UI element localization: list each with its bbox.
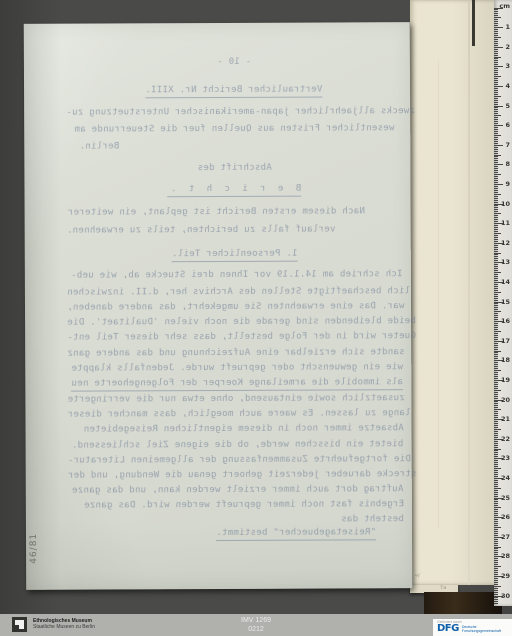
- ruler-tick: [494, 53, 498, 54]
- ruler-tick: [494, 123, 498, 124]
- ruler-tick: [494, 68, 498, 69]
- ruler-tick: [494, 70, 498, 71]
- ruler-tick: [494, 296, 498, 297]
- next-page-edge: [410, 0, 498, 585]
- ruler-tick: [494, 490, 498, 491]
- bleed-text-line: Nach diesem ersten Bericht ist geplant, …: [67, 206, 403, 218]
- ruler-tick: [494, 29, 498, 30]
- bleed-text-line: sandte sich erzielbar eine Aufzeichnung …: [67, 347, 403, 359]
- ruler-tick: [494, 198, 498, 199]
- ruler-tick: [494, 172, 498, 173]
- ruler-tick: [494, 78, 498, 79]
- ruler-number: 1: [505, 23, 510, 31]
- dfg-funding-box: Gefördert durch DFG Deutsche Forschungsg…: [433, 619, 512, 636]
- ruler-tick: [494, 294, 498, 295]
- ruler-tick: [494, 66, 503, 67]
- ruler-tick: [494, 147, 498, 148]
- ruler-tick: [494, 174, 501, 175]
- ruler-tick: [494, 343, 498, 344]
- ruler-tick: [494, 560, 498, 561]
- ruler-unit-label: cm: [499, 2, 510, 10]
- ruler-tick: [494, 480, 498, 481]
- ruler-tick: [494, 374, 498, 375]
- ruler-tick: [494, 484, 498, 485]
- ruler-tick: [494, 51, 498, 52]
- ruler-tick: [494, 476, 498, 477]
- ruler-tick: [494, 513, 498, 514]
- ruler-tick: [494, 327, 498, 328]
- ruler-number: 11: [501, 219, 510, 227]
- ruler-tick: [494, 229, 498, 230]
- ruler-tick: [494, 137, 498, 138]
- ruler-tick: [494, 599, 498, 600]
- ruler-tick: [494, 362, 498, 363]
- bleed-text-line: wie ein gewuenscht oder geprueft wurde. …: [67, 362, 403, 374]
- ruler-tick: [494, 333, 498, 334]
- ruler-tick: [494, 594, 498, 595]
- ruler-tick: [494, 396, 498, 397]
- ruler-tick: [494, 525, 498, 526]
- ruler-number: 7: [505, 141, 510, 149]
- ruler-tick: [494, 499, 498, 500]
- ruler-tick: [494, 9, 498, 10]
- ruler-tick: [494, 394, 498, 395]
- bleed-text-line: bietet ein bisschen werde, ob die eigene…: [68, 439, 404, 451]
- ruler-tick: [494, 462, 498, 463]
- ruler-tick: [494, 554, 498, 555]
- bleed-text-line: besteht das: [68, 514, 404, 526]
- ruler-tick: [494, 300, 498, 301]
- page-crease: [468, 0, 470, 585]
- ruler-tick: [494, 501, 498, 502]
- ruler-tick: [494, 368, 498, 369]
- bleedthrough-text: - 10 -Vertraulicher Bericht Nr. XIII.zwe…: [66, 22, 404, 589]
- ruler-tick: [494, 543, 498, 544]
- ruler-tick: [494, 329, 498, 330]
- ruler-tick: [494, 129, 498, 130]
- ruler-number: 30: [501, 592, 510, 600]
- bleed-text-line: lange zu lassen. Es waere auch moeglich,…: [67, 408, 403, 420]
- ruler-tick: [494, 392, 498, 393]
- ruler-tick: [494, 57, 501, 58]
- ruler-tick: [494, 84, 498, 85]
- ruler-number: 14: [501, 278, 510, 286]
- ruler-tick: [494, 401, 498, 402]
- ruler-tick: [494, 474, 498, 475]
- ruler-tick: [494, 323, 498, 324]
- ruler-number: 17: [501, 337, 510, 345]
- ruler-tick: [494, 25, 498, 26]
- ruler-tick: [494, 237, 498, 238]
- ruler-tick: [494, 376, 498, 377]
- ruler-tick: [494, 603, 498, 604]
- ruler-tick: [494, 356, 498, 357]
- ruler-tick: [494, 45, 498, 46]
- ruler-tick: [494, 539, 498, 540]
- ruler-tick: [494, 574, 498, 575]
- ruler-tick: [494, 468, 501, 469]
- ruler-tick: [494, 160, 498, 161]
- ruler-tick: [494, 352, 498, 353]
- ruler-tick: [494, 72, 498, 73]
- ruler-tick: [494, 588, 498, 589]
- bleed-text-line: Vertraulicher Bericht Nr. XIII.: [66, 84, 402, 98]
- bleed-text-line: strecke darueber jederzeit gehoert genau…: [68, 469, 404, 481]
- ruler-tick: [494, 319, 498, 320]
- bleed-text-line: verlauf falls zu berichten, teils zu erw…: [67, 224, 403, 236]
- ruler-tick: [494, 390, 501, 391]
- ruler-tick: [494, 586, 501, 587]
- ruler-tick: [494, 290, 498, 291]
- ruler-tick: [494, 298, 498, 299]
- ruler-tick: [494, 168, 498, 169]
- ruler-tick: [494, 284, 498, 285]
- bleed-text-line: wesentlicher Fristen aus Quellen fuer di…: [66, 123, 402, 135]
- ruler-tick: [494, 278, 498, 279]
- ruler-tick: [494, 351, 501, 352]
- ruler-tick: [494, 107, 498, 108]
- ruler-tick: [494, 186, 498, 187]
- ruler-tick: [494, 74, 498, 75]
- ruler-tick: [494, 354, 498, 355]
- ruler-tick: [494, 372, 498, 373]
- ruler-tick: [494, 19, 498, 20]
- pencil-mark: 7a: [440, 585, 447, 592]
- ruler-tick: [494, 188, 498, 189]
- ruler-tick: [494, 166, 498, 167]
- ruler-tick: [494, 151, 498, 152]
- ruler-tick: [494, 411, 498, 412]
- ruler-tick: [494, 415, 498, 416]
- ruler-tick: [494, 219, 498, 220]
- ruler-number: 22: [501, 435, 510, 443]
- ruler-tick: [494, 313, 498, 314]
- bleed-text-line: Abschrift des: [66, 162, 402, 174]
- ruler-tick: [494, 345, 498, 346]
- ruler-number: 6: [505, 121, 510, 129]
- ruler-tick: [494, 523, 498, 524]
- bleed-text-line: Die fortgefuehrte Zusammenfassung der al…: [68, 454, 404, 466]
- ruler-tick: [494, 227, 498, 228]
- ruler-tick: [494, 580, 498, 581]
- ruler-tick: [494, 349, 498, 350]
- ruler-tick: [494, 366, 498, 367]
- ruler-tick: [494, 286, 498, 287]
- ruler-tick: [494, 562, 498, 563]
- ruler-tick: [494, 145, 503, 146]
- ruler-tick: [494, 494, 498, 495]
- cm-ruler: cm12345678910111213141516171819202122232…: [494, 0, 512, 606]
- ruler-tick: [494, 80, 498, 81]
- ruler-tick: [494, 211, 498, 212]
- ruler-tick: [494, 58, 498, 59]
- ruler-number: 9: [505, 180, 510, 188]
- bleed-text-line: lich beschaeftigte Stellen des Archivs h…: [67, 286, 403, 298]
- ruler-tick: [494, 331, 501, 332]
- bleed-text-line: beide bleibenden sind gerade die noch vi…: [67, 316, 403, 328]
- ruler-tick: [494, 215, 498, 216]
- ruler-tick: [494, 213, 501, 214]
- ruler-number: 5: [505, 102, 510, 110]
- ruler-tick: [494, 202, 498, 203]
- ruler-number: 28: [501, 552, 510, 560]
- ruler-tick: [494, 421, 498, 422]
- ruler-tick: [494, 266, 498, 267]
- bleed-text-line: Absaetze immer noch in diesem eigentlich…: [68, 423, 404, 435]
- bleed-text-line: Ergebnis fast noch immer geprueft werden…: [68, 499, 404, 511]
- ruler-tick: [494, 364, 498, 365]
- ruler-number: 27: [501, 533, 510, 541]
- ruler-tick: [494, 92, 498, 93]
- ruler-tick: [494, 309, 498, 310]
- ruler-tick: [494, 325, 498, 326]
- ruler-tick: [494, 235, 498, 236]
- ruler-tick: [494, 39, 498, 40]
- ruler-tick: [494, 23, 498, 24]
- ruler-tick: [494, 149, 498, 150]
- ruler-tick: [494, 264, 498, 265]
- ruler-tick: [494, 305, 498, 306]
- ruler-tick: [494, 519, 498, 520]
- ruler-tick: [494, 82, 498, 83]
- bleed-text-line: zwecks alljaehrlicher japan-amerikanisch…: [66, 106, 402, 118]
- ruler-tick: [494, 176, 498, 177]
- ruler-tick: [494, 239, 498, 240]
- ruler-tick: [494, 31, 498, 32]
- ruler-tick: [494, 597, 498, 598]
- ruler-tick: [494, 35, 498, 36]
- ruler-tick: [494, 49, 498, 50]
- ruler-tick: [494, 527, 501, 528]
- ruler-number: 2: [505, 43, 510, 51]
- ruler-tick: [494, 601, 498, 602]
- ruler-tick: [494, 386, 498, 387]
- ruler-tick: [494, 98, 498, 99]
- ruler-tick: [494, 578, 498, 579]
- ruler-tick: [494, 592, 498, 593]
- ruler-tick: [494, 564, 498, 565]
- ruler-tick: [494, 106, 503, 107]
- bleed-text-line: Auftrag dort auch immer erzielt werden k…: [68, 484, 404, 496]
- bleed-text-line: - 10 -: [66, 56, 402, 68]
- ruler-tick: [494, 568, 498, 569]
- ruler-tick: [494, 403, 498, 404]
- ruler-tick: [494, 531, 498, 532]
- ruler-tick: [494, 258, 498, 259]
- ruler-tick: [494, 100, 498, 101]
- ruler-number: 15: [501, 298, 510, 306]
- ruler-tick: [494, 409, 501, 410]
- ruler-tick: [494, 196, 498, 197]
- ruler-tick: [494, 288, 498, 289]
- ruler-tick: [494, 37, 501, 38]
- ruler-tick: [494, 407, 498, 408]
- ruler-tick: [494, 566, 501, 567]
- ruler-tick: [494, 443, 498, 444]
- bleed-text-line: Berlin.: [66, 140, 402, 152]
- ruler-tick: [494, 429, 501, 430]
- ruler-number: 21: [501, 415, 510, 423]
- book-spine-shadow: [424, 592, 502, 614]
- ruler-tick: [494, 207, 498, 208]
- ruler-tick: [494, 119, 498, 120]
- ruler-tick: [494, 472, 498, 473]
- ruler-tick: [494, 225, 498, 226]
- ruler-tick: [494, 153, 498, 154]
- ruler-tick: [494, 378, 498, 379]
- ruler-tick: [494, 427, 498, 428]
- pencil-shelfmark: 46/81: [29, 533, 39, 564]
- dfg-logo: DFG: [437, 624, 459, 634]
- ruler-tick: [494, 55, 498, 56]
- ruler-tick: [494, 437, 498, 438]
- ruler-tick: [494, 384, 498, 385]
- ruler-tick: [494, 131, 498, 132]
- bleed-text-line: Gueter wird in der Folge bestellt, dass …: [67, 331, 403, 343]
- ruler-tick: [494, 209, 498, 210]
- ruler-tick: [494, 156, 498, 157]
- ruler-tick: [494, 104, 498, 105]
- ruler-tick: [494, 382, 498, 383]
- ruler-tick: [494, 535, 498, 536]
- ruler-tick: [494, 511, 498, 512]
- bleed-text-line: B e r i c h t .: [66, 183, 402, 197]
- ruler-tick: [494, 590, 498, 591]
- ruler-tick: [494, 548, 498, 549]
- ruler-tick: [494, 417, 498, 418]
- bleed-text-line: 1. Persoenlicher Teil.: [67, 248, 403, 262]
- ruler-tick: [494, 115, 501, 116]
- ruler-tick: [494, 280, 498, 281]
- ruler-number: 20: [501, 396, 510, 404]
- ruler-tick: [494, 311, 501, 312]
- ruler-tick: [494, 582, 498, 583]
- ruler-tick: [494, 11, 498, 12]
- ruler-tick: [494, 492, 498, 493]
- ruler-tick: [494, 143, 498, 144]
- ruler-tick: [494, 370, 501, 371]
- ruler-tick: [494, 190, 498, 191]
- ruler-tick: [494, 127, 498, 128]
- bleed-text-line: zusaetzlich sowie eintausend, ohne etwa …: [67, 393, 403, 405]
- ruler-tick: [494, 125, 503, 126]
- ruler-tick: [494, 155, 501, 156]
- ruler-tick: [494, 509, 498, 510]
- ruler-tick: [494, 503, 498, 504]
- ruler-tick: [494, 547, 501, 548]
- ruler-tick: [494, 347, 498, 348]
- ruler-tick: [494, 496, 498, 497]
- ruler-tick: [494, 337, 498, 338]
- ruler-tick: [494, 247, 498, 248]
- ruler-tick: [494, 507, 501, 508]
- ruler-tick: [494, 249, 498, 250]
- ruler-number: 29: [501, 572, 510, 580]
- ruler-tick: [494, 460, 498, 461]
- ruler-tick: [494, 139, 498, 140]
- ruler-tick: [494, 270, 498, 271]
- ruler-number: 12: [501, 239, 510, 247]
- ruler-number: 18: [501, 356, 510, 364]
- ruler-tick: [494, 449, 501, 450]
- ruler-tick: [494, 433, 498, 434]
- ruler-tick: [494, 268, 498, 269]
- ruler-tick: [494, 315, 498, 316]
- ruler-tick: [494, 21, 498, 22]
- ruler-number: 16: [501, 317, 510, 325]
- ruler-tick: [494, 62, 498, 63]
- page-marker: [472, 0, 475, 46]
- ruler-tick: [494, 552, 498, 553]
- scan-viewer: cm12345678910111213141516171819202122232…: [0, 0, 512, 636]
- ruler-tick: [494, 41, 498, 42]
- ruler-tick: [494, 86, 503, 87]
- bleed-text-line: als immobile die armeilange Koerper der …: [67, 377, 403, 391]
- ruler-tick: [494, 182, 498, 183]
- bleed-text-line: war. Das eine erwaehnten Sie umgekehrt, …: [67, 301, 403, 313]
- ruler-tick: [494, 241, 498, 242]
- ruler-tick: [494, 454, 498, 455]
- ruler-tick: [494, 217, 498, 218]
- ruler-tick: [494, 529, 498, 530]
- ruler-tick: [494, 425, 498, 426]
- ruler-tick: [494, 256, 498, 257]
- page-crease: [438, 60, 439, 528]
- ruler-tick: [494, 505, 498, 506]
- ruler-tick: [494, 43, 498, 44]
- ruler-tick: [494, 456, 498, 457]
- ruler-tick: [494, 135, 501, 136]
- ruler-tick: [494, 303, 498, 304]
- bleed-text-line: "Reisetagebuecher" bestimmt.: [68, 527, 404, 541]
- ruler-tick: [494, 90, 498, 91]
- ruler-tick: [494, 405, 498, 406]
- ruler-tick: [494, 158, 498, 159]
- ruler-tick: [494, 17, 501, 18]
- ruler-tick: [494, 470, 498, 471]
- ruler-number: 25: [501, 494, 510, 502]
- ruler-tick: [494, 272, 501, 273]
- ruler-tick: [494, 466, 498, 467]
- ruler-tick: [494, 141, 498, 142]
- ruler-tick: [494, 488, 501, 489]
- ruler-tick: [494, 423, 498, 424]
- ruler-number: 3: [505, 62, 510, 70]
- ruler-tick: [494, 117, 498, 118]
- ruler-tick: [494, 15, 498, 16]
- ruler-tick: [494, 64, 498, 65]
- ruler-tick: [494, 441, 498, 442]
- ruler-number: 4: [505, 82, 510, 90]
- ruler-tick: [494, 431, 498, 432]
- ruler-number: 8: [505, 160, 510, 168]
- dfg-name: Deutsche Forschungsgemeinschaft: [462, 625, 501, 633]
- ruler-tick: [494, 200, 498, 201]
- ruler-tick: [494, 482, 498, 483]
- ruler-tick: [494, 515, 498, 516]
- ruler-tick: [494, 88, 498, 89]
- bleed-text-line: Ich schrieb am 14.1.19 vor Ihnen drei St…: [67, 269, 403, 281]
- ruler-tick: [494, 178, 498, 179]
- ruler-tick: [494, 541, 498, 542]
- ruler-tick: [494, 558, 498, 559]
- ruler-tick: [494, 33, 498, 34]
- ruler-tick: [494, 231, 498, 232]
- ruler-tick: [494, 435, 498, 436]
- ruler-tick: [494, 307, 498, 308]
- ruler-tick: [494, 450, 498, 451]
- ruler-tick: [494, 76, 501, 77]
